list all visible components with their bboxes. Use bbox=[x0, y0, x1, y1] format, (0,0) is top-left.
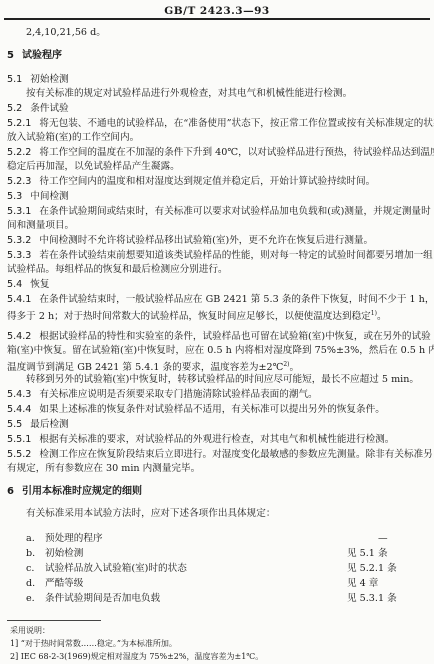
item-ref-e: 见 5.3.1 条 bbox=[347, 593, 434, 605]
item-text-a: 预处理的程序 bbox=[45, 533, 434, 545]
clause-5-3-1-line2: 间和测量项目。 bbox=[7, 220, 427, 232]
header-rule bbox=[4, 18, 430, 20]
clause-5-3-1-line1: 5.3.1在条件试验期间或结束时，有关标准可以要求对试验样品加电负载和(或)测量… bbox=[7, 206, 427, 218]
footnote-ref-1[interactable]: 1) bbox=[371, 310, 377, 317]
clause-5-4-4: 5.4.4如果上述标准的恢复条件对试验样品不适用，有关标准可以提出另外的恢复条件… bbox=[7, 404, 427, 416]
clause-5-3-3-line2: 试验样品。每组样品的恢复和最后检测应分别进行。 bbox=[7, 264, 427, 276]
clause-5-2-3: 5.2.3待工作空间内的温度和相对湿度达到规定值并稳定后，开始计算试验持续时间。 bbox=[7, 176, 427, 188]
clause-5-2-1-line1: 5.2.1将无包装、不通电的试验样品，在“准备使用”状态下，按正常工作位置或按有… bbox=[7, 118, 427, 130]
clause-5-4-3: 5.4.3有关标准应说明是否须要采取专门措施清除试验样品表面的潮气。 bbox=[7, 389, 427, 401]
item-ref-a: — bbox=[378, 533, 434, 545]
clause-5-4-heading: 5.4恢复 bbox=[7, 279, 427, 291]
section-number: 5 bbox=[7, 50, 14, 62]
footnote-ref-2[interactable]: 2) bbox=[283, 361, 289, 368]
section-5-heading: 5试验程序 bbox=[7, 50, 427, 62]
footnote-2: 2] IEC 68-2-3(1969)规定相对湿度为 75%±2%，温度容差为±… bbox=[10, 651, 263, 662]
item-ref-c: 见 5.2.1 条 bbox=[347, 563, 434, 575]
clause-5-2-heading: 5.2条件试验 bbox=[7, 103, 427, 115]
clause-5-3-3-line1: 5.3.3若在条件试验结束前想要知道该类试验样品的性能，则对每一特定的试验时间都… bbox=[7, 250, 427, 262]
clause-5-3-heading: 5.3中间检测 bbox=[7, 191, 427, 203]
clause-5-4-1-line1: 5.4.1在条件试验结束时，一般试验样品应在 GB 2421 第 5.3 条的条… bbox=[7, 294, 427, 306]
clause-5-4-2-line1: 5.4.2根据试验样品的特性和实验室的条件，试验样品也可留在试验箱(室)中恢复，… bbox=[7, 331, 427, 343]
clause-5-5-2-line1: 5.5.2检测工作应在恢复阶段结束后立即进行。对湿度变化最敏感的参数应先测量。除… bbox=[7, 449, 427, 461]
section-title: 引用本标准时应规定的细则 bbox=[22, 486, 142, 497]
clause-5-2-2-line1: 5.2.2将工作空间的温度在不加湿的条件下升到 40℃，以对试验样品进行预热，待… bbox=[7, 147, 427, 159]
clause-5-5-heading: 5.5最后检测 bbox=[7, 419, 427, 431]
item-ref-d: 见 4 章 bbox=[347, 578, 434, 590]
section-6-heading: 6引用本标准时应规定的细则 bbox=[7, 486, 427, 498]
section-6-intro: 有关标准采用本试验方法时，应对下述各项作出具体规定： bbox=[26, 508, 434, 520]
page-header: GB/T 2423.3—93 bbox=[0, 5, 434, 17]
footnote-1: 1] “对于热时间常数……稳定。”为本标准所加。 bbox=[10, 638, 177, 649]
clause-5-4-2-line3: 温度调节到满足 GB 2421 第 5.4.1 条的要求，温度容差为±2℃2)。 bbox=[7, 359, 427, 374]
clause-5-4-2-line2: 箱(室)中恢复。留在试验箱(室)中恢复时，应在 0.5 h 内将相对湿度降到 7… bbox=[7, 345, 427, 357]
item-ref-b: 见 5.1 条 bbox=[347, 548, 434, 560]
clause-5-3-2: 5.3.2中间检测时不允许将试验样品移出试验箱(室)外，更不允许在恢复后进行测量… bbox=[7, 235, 427, 247]
footnote-heading: 采用说明： bbox=[10, 625, 50, 636]
clause-5-5-1: 5.5.1根据有关标准的要求，对试验样品的外观进行检查，对其电气和机械性能进行检… bbox=[7, 434, 427, 446]
footnote-rule bbox=[7, 620, 101, 621]
section-number: 6 bbox=[7, 486, 14, 498]
clause-5-1-heading: 5.1初始检测 bbox=[7, 74, 427, 86]
intro-line: 2,4,10,21,56 d。 bbox=[26, 27, 434, 39]
clause-5-1-text: 按有关标准的规定对试验样品进行外观检查，对其电气和机械性能进行检测。 bbox=[26, 88, 434, 100]
clause-5-4-2-line4: 转移到另外的试验箱(室)中恢复时，转移试验样品的时间应尽可能短，最长不应超过 5… bbox=[26, 374, 434, 386]
clause-5-2-2-line2: 稳定后再加湿，以免试验样品产生凝露。 bbox=[7, 161, 427, 173]
clause-5-5-2-line2: 有规定，所有参数应在 30 min 内测量完毕。 bbox=[7, 463, 427, 475]
clause-5-2-1-line2: 放入试验箱(室)的工作空间内。 bbox=[7, 132, 427, 144]
clause-5-4-1-line2: 得多于 2 h；对于热时间常数大的试验样品，恢复时间应足够长，以便使温度达到稳定… bbox=[7, 308, 427, 323]
section-title: 试验程序 bbox=[22, 50, 62, 61]
